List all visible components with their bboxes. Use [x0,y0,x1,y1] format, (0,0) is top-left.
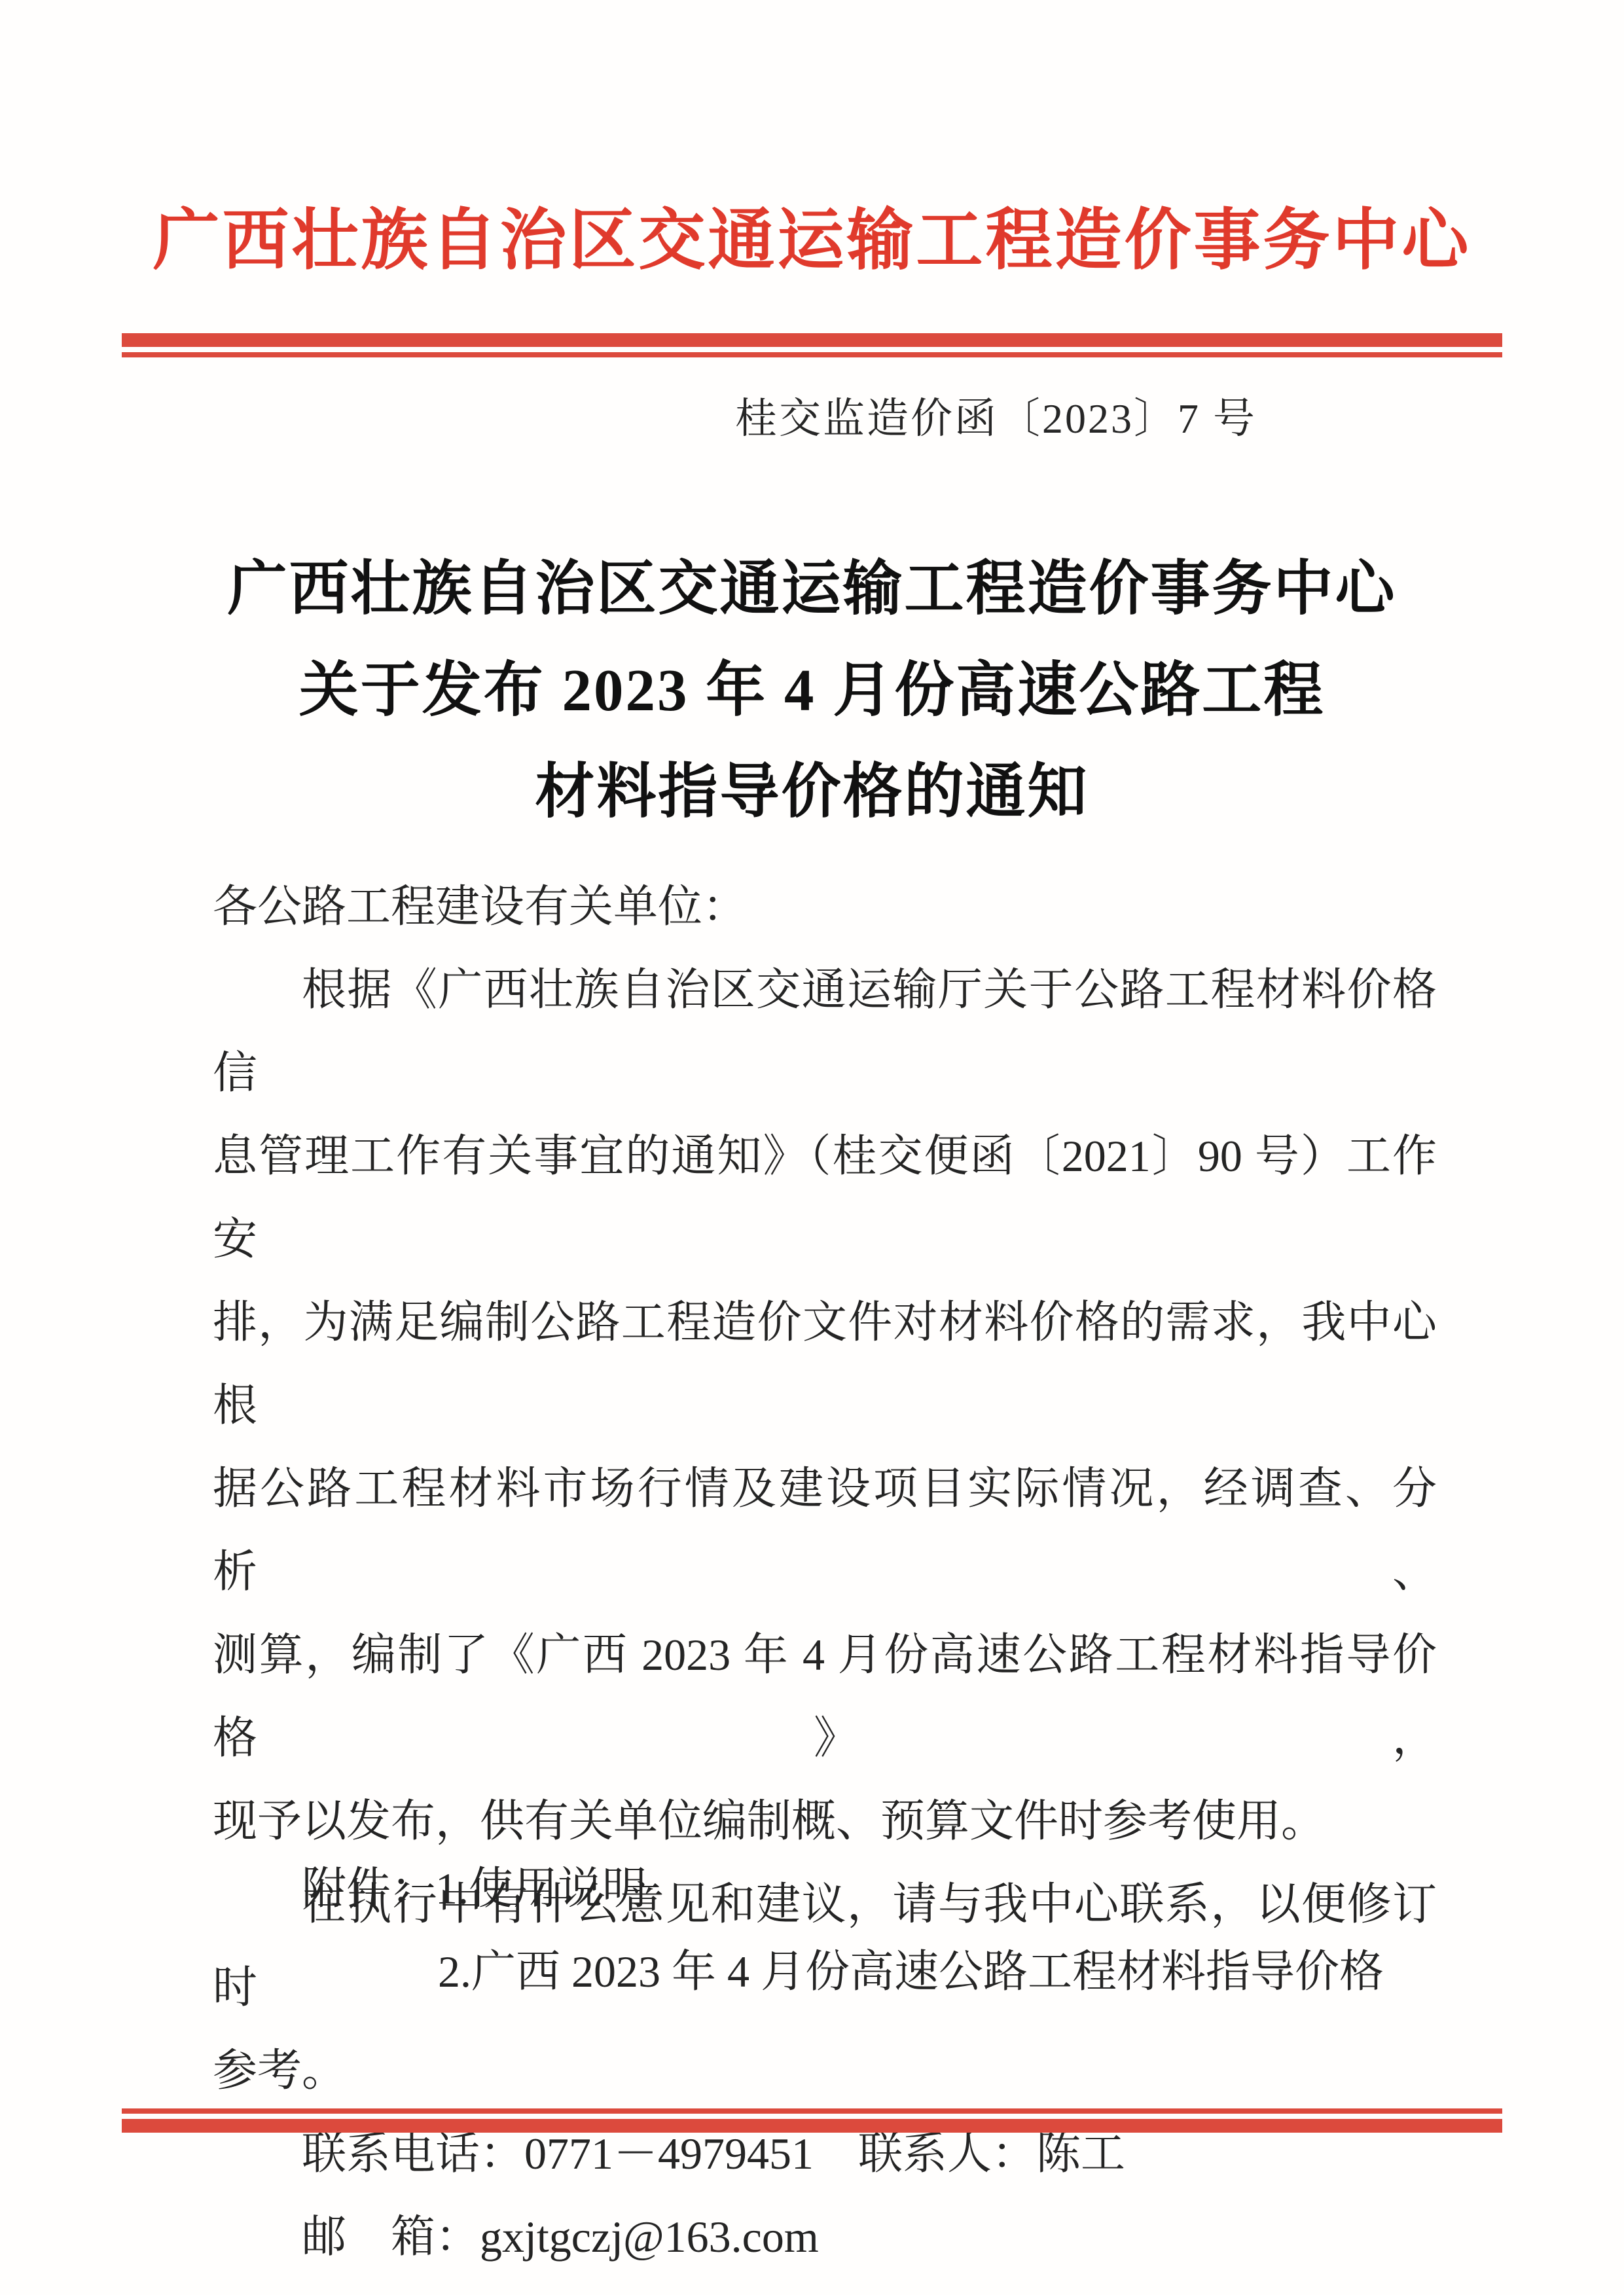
paragraph1-line-5: 测算，编制了《广西 2023 年 4 月份高速公路工程材料指导价格》， [213,1614,1437,1780]
bottom-rule-thin [122,2108,1502,2114]
notice-title-line-3: 材料指导价格的通知 [0,741,1624,842]
attachment-item-1: 附件：1.使用说明 [213,1847,1437,1930]
paragraph1-line-2: 息管理工作有关事宜的通知》（桂交便函〔2021〕90 号）工作安 [213,1115,1437,1281]
notice-title-line-2: 关于发布 2023 年 4 月份高速公路工程 [0,640,1624,741]
contact-email-line: 邮 箱：gxjtgczj@163.com [213,2196,1437,2279]
notice-title: 广西壮族自治区交通运输工程造价事务中心 关于发布 2023 年 4 月份高速公路… [0,538,1624,842]
salutation: 各公路工程建设有关单位： [213,865,1437,949]
notice-title-line-1: 广西壮族自治区交通运输工程造价事务中心 [0,538,1624,640]
notice-body: 各公路工程建设有关单位： 根据《广西壮族自治区交通运输厅关于公路工程材料价格信 … [213,865,1437,2279]
top-rule-thin [122,352,1502,357]
paragraph1-line-3: 排，为满足编制公路工程造价文件对材料价格的需求，我中心根 [213,1281,1437,1447]
top-rule-thick [122,333,1502,347]
document-reference-number: 桂交监造价函〔2023〕7 号 [735,385,1257,445]
paragraph1-line-1: 根据《广西壮族自治区交通运输厅关于公路工程材料价格信 [213,949,1437,1115]
bottom-rule-thick [122,2119,1502,2133]
paragraph2-line-2: 参考。 [213,2029,1437,2112]
letterhead-org-title: 广西壮族自治区交通运输工程造价事务中心 [0,202,1624,281]
document-page: 广西壮族自治区交通运输工程造价事务中心 桂交监造价函〔2023〕7 号 广西壮族… [0,0,1624,2295]
paragraph1-line-4: 据公路工程材料市场行情及建设项目实际情况，经调查、分析、 [213,1447,1437,1614]
attachment-item-2: 2.广西 2023 年 4 月份高速公路工程材料指导价格 [213,1930,1437,2014]
attachments-list: 附件：1.使用说明 2.广西 2023 年 4 月份高速公路工程材料指导价格 [213,1847,1437,2014]
